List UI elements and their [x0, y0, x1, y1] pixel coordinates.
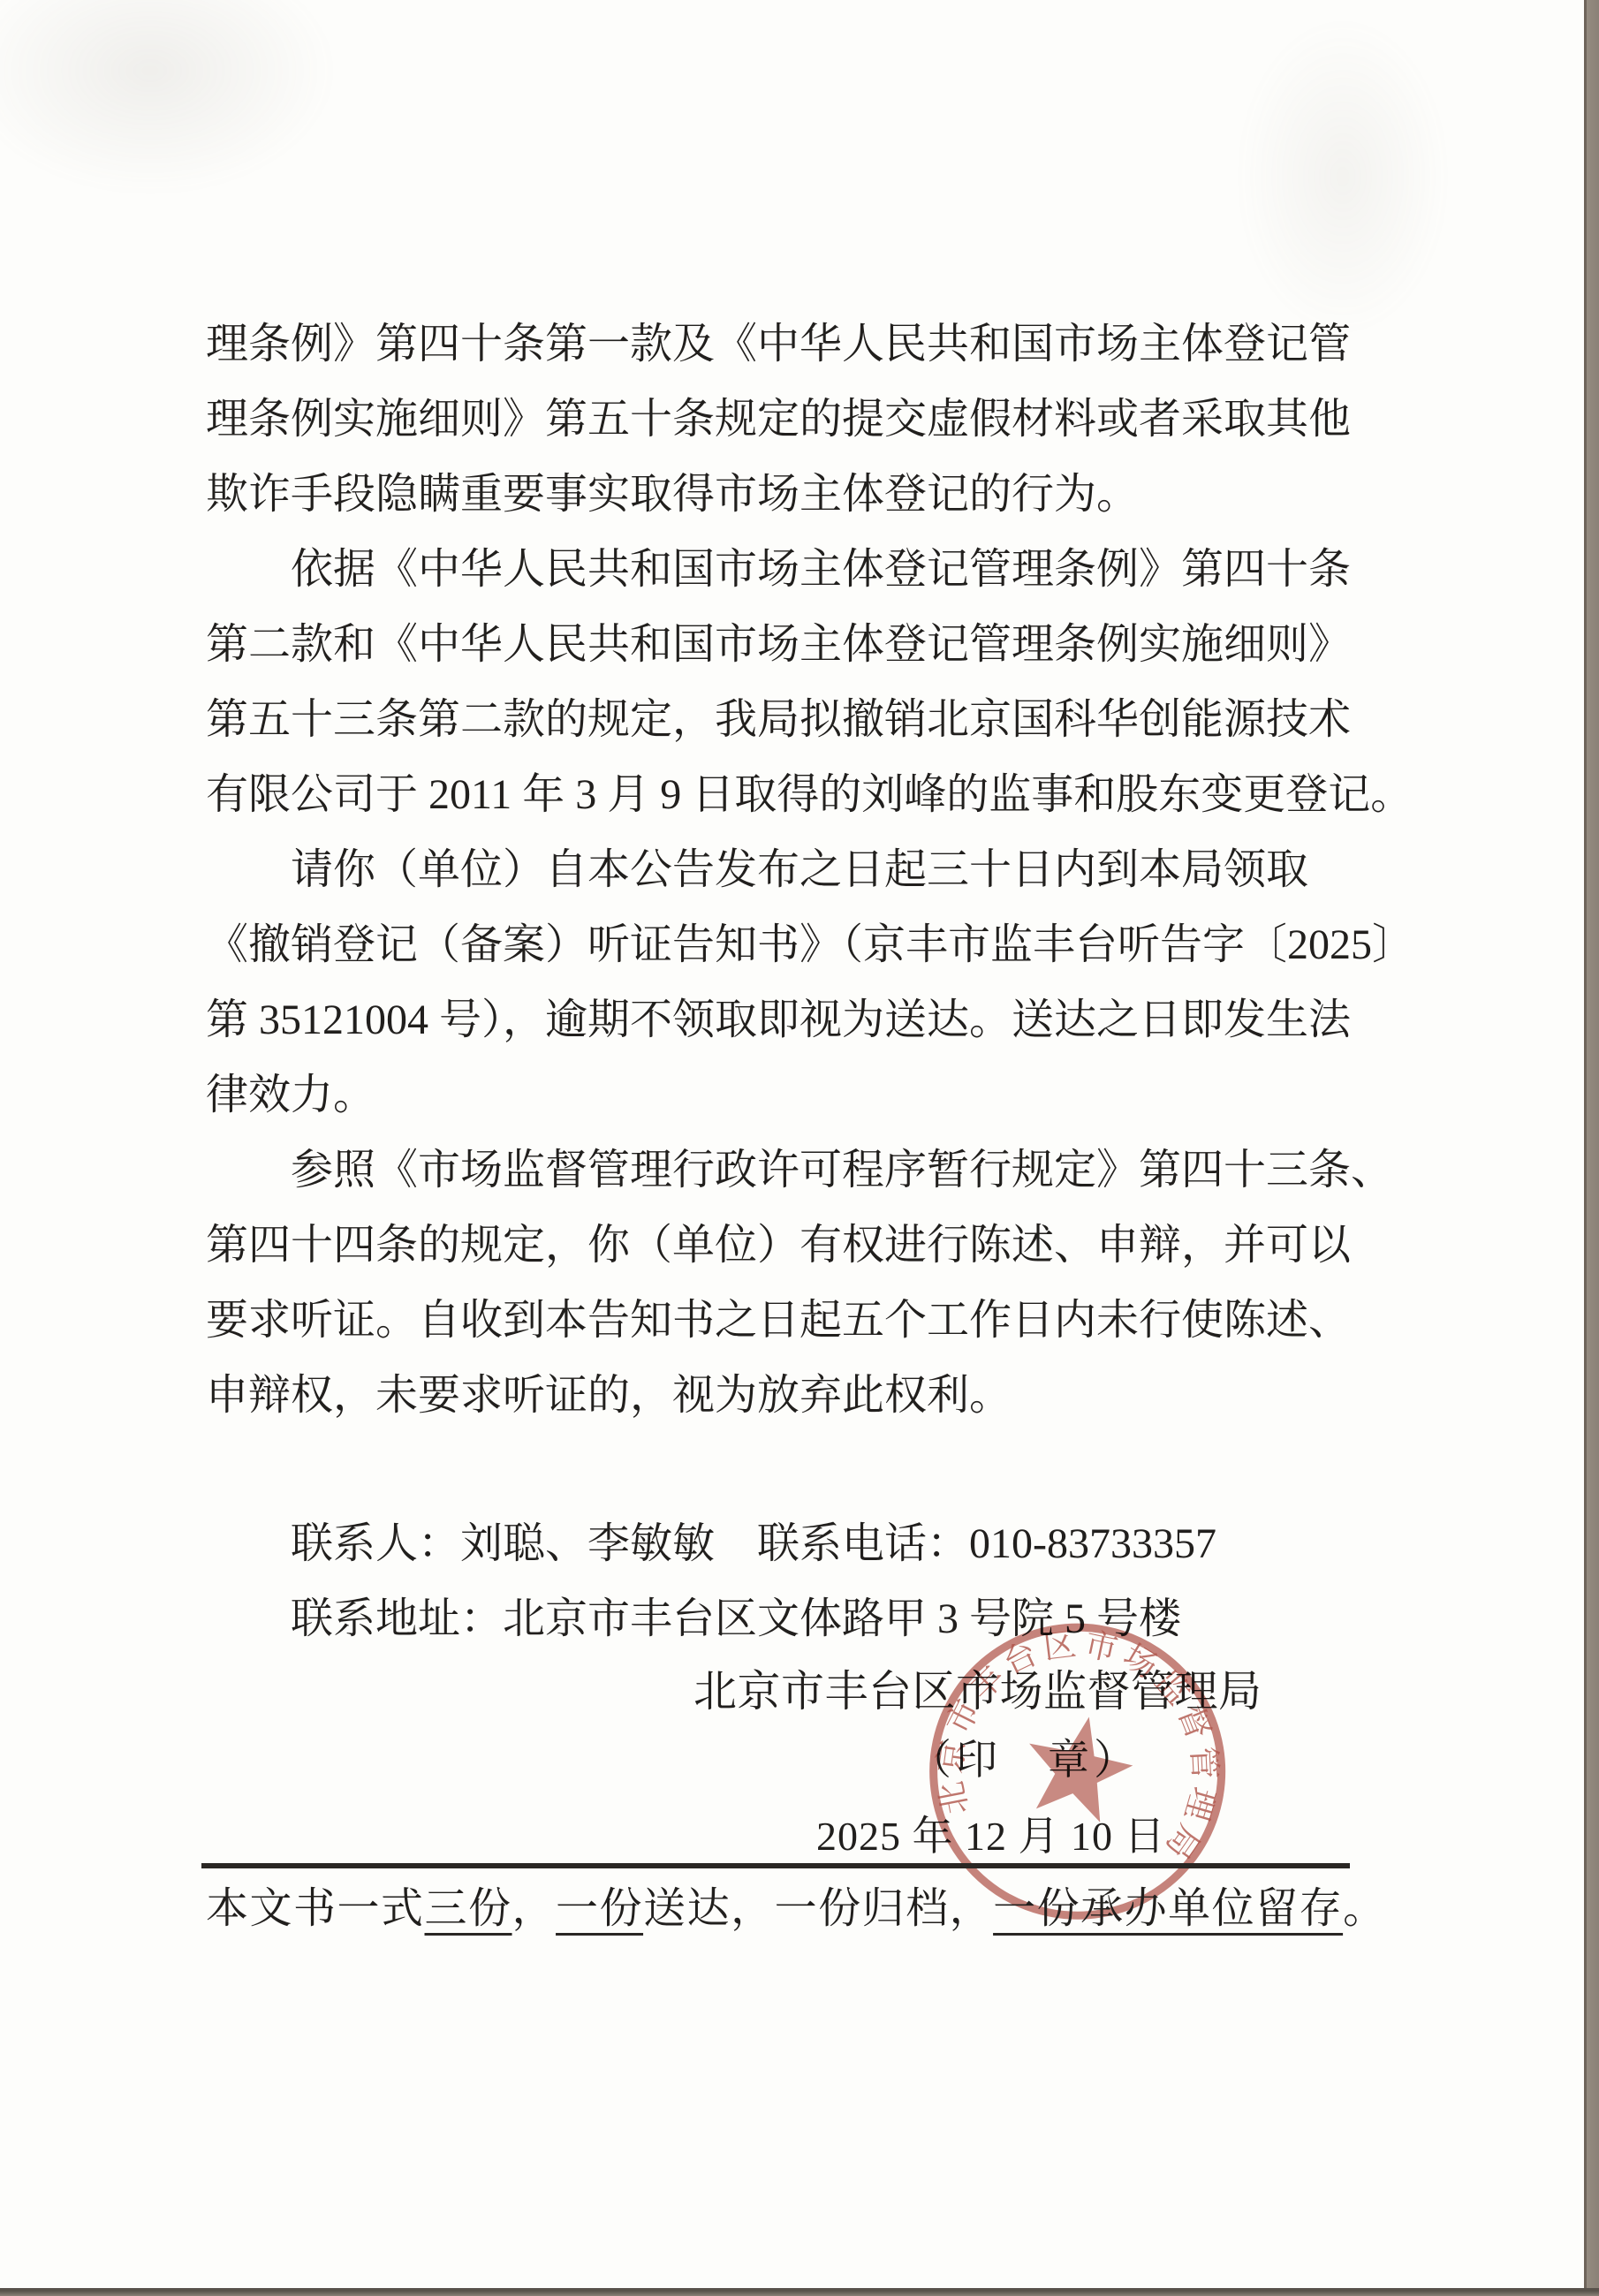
body-line: 律效力。	[206, 1057, 1381, 1133]
body-line: 欺诈手段隐瞒重要事实取得市场主体登记的行为。	[206, 457, 1381, 532]
notice-body: 理条例》第四十条第一款及《中华人民共和国市场主体登记管 理条例实施细则》第五十条…	[206, 307, 1381, 1433]
body-line: 申辩权，未要求听证的，视为放弃此权利。	[206, 1358, 1381, 1433]
scan-smudge	[0, 0, 336, 194]
body-line: 依据《中华人民共和国市场主体登记管理条例》第四十条	[206, 532, 1381, 607]
footer-segment: 。	[1343, 1885, 1387, 1932]
body-line: 参照《市场监督管理行政许可程序暂行规定》第四十三条、	[206, 1133, 1381, 1208]
contact-person-line: 联系人：刘聪、李敏敏 联系电话：010-83733357	[206, 1506, 1381, 1581]
footer-segment: 本文书一式	[206, 1885, 425, 1932]
body-line: 第四十四条的规定，你（单位）有权进行陈述、申辩，并可以	[206, 1208, 1381, 1283]
seal-star-icon	[1016, 1706, 1141, 1826]
footer-segment: ，	[512, 1885, 557, 1932]
body-line: 第二款和《中华人民共和国市场主体登记管理条例实施细则》	[206, 607, 1381, 682]
body-line: 有限公司于 2011 年 3 月 9 日取得的刘峰的监事和股东变更登记。	[206, 757, 1381, 832]
footer-segment: 送达，一份归档，	[643, 1885, 993, 1932]
footer-segment-underlined: 一份承办单位留存	[993, 1885, 1343, 1932]
footer-divider	[201, 1863, 1350, 1868]
scanned-official-notice-page: 理条例》第四十条第一款及《中华人民共和国市场主体登记管 理条例实施细则》第五十条…	[0, 0, 1599, 2296]
body-line: 要求听证。自收到本告知书之日起五个工作日内未行使陈述、	[206, 1283, 1381, 1358]
copy-distribution-note: 本文书一式三份，一份送达，一份归档，一份承办单位留存。	[206, 1877, 1387, 1941]
footer-segment-underlined: 一份	[556, 1885, 643, 1932]
footer-segment-underlined: 三份	[425, 1885, 512, 1932]
body-line: 请你（单位）自本公告发布之日起三十日内到本局领取	[206, 832, 1381, 907]
body-line: 《撤销登记（备案）听证告知书》（京丰市监丰台听告字〔2025〕	[206, 907, 1381, 982]
body-line: 第五十三条第二款的规定，我局拟撤销北京国科华创能源技术	[206, 682, 1381, 757]
body-line: 理条例实施细则》第五十条规定的提交虚假材料或者采取其他	[206, 382, 1381, 457]
body-line: 第 35121004 号），逾期不领取即视为送达。送达之日即发生法	[206, 982, 1381, 1057]
scan-border-right	[1584, 0, 1599, 2296]
scan-smudge	[1237, 18, 1449, 336]
scan-border-bottom	[0, 2288, 1599, 2296]
contact-info: 联系人：刘聪、李敏敏 联系电话：010-83733357 联系地址：北京市丰台区…	[206, 1506, 1381, 1656]
body-line: 理条例》第四十条第一款及《中华人民共和国市场主体登记管	[206, 307, 1381, 382]
